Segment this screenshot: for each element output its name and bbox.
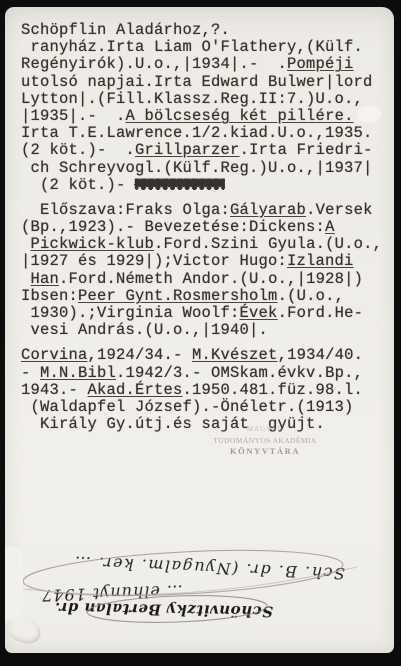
typed-line: Han.Ford.Németh Andor.(U.o.,|1928|) (21, 271, 382, 288)
typed-text (21, 270, 31, 288)
typed-line: |1927 és 1929|);Victor Hugo:Izlandi (21, 253, 382, 270)
typed-text: 1930).;Virginia Woolf: (21, 304, 240, 322)
typed-text: Ibsen: (21, 287, 78, 305)
typed-text: Lytton|.(Fill.Klassz.Reg.II:7.)U.o., (21, 90, 363, 108)
typed-text: .(U.o., (278, 287, 345, 305)
typed-text: ,1934/40. (278, 346, 364, 364)
typed-text: (Waldapfel József).-Önéletr.(1913) (21, 398, 354, 416)
typed-text: |1935|.- . (21, 107, 126, 125)
typed-line: Ibsen:Peer Gynt.Rosmersholm.(U.o., (21, 288, 382, 305)
typed-line: 1930).;Virginia Woolf:Évek.Ford.He- (21, 305, 382, 322)
stamp-line: KÖNYVTÁRA (205, 446, 325, 457)
underlined-title: M.Kvészet (192, 346, 278, 364)
typed-text-block: Schöpflin Aladárhoz,?. ranyház.Irta Liam… (21, 22, 382, 433)
typed-line: (Bp.,1923).- Bevezetése:Dickens:A (21, 219, 382, 236)
typed-line: (2 köt.)- MMMMMMMMMMMM (21, 177, 382, 194)
typed-text: |1927 és 1929|);Victor Hugo: (21, 252, 287, 270)
typed-line: ch Schreyvogl.(Külf.Reg.)U.o.,|1937| (21, 160, 382, 177)
underlined-title: A bölcseség két pillére. (126, 107, 354, 125)
typed-line: utolsó napjai.Irta Edward Bulwer|lord (21, 74, 382, 91)
typed-line: Király Gy.útj.és saját gyüjt. (21, 416, 382, 433)
scanned-catalog-card-photo: { "card": { "top_edge_fragment": "˙¨ ˙ ˙… (0, 0, 401, 666)
card-corner-flake (8, 615, 44, 647)
typed-text: Irta T.E.Lawrence.1/2.kiad.U.o.,1935. (21, 124, 373, 142)
underlined-title: Pompéji (287, 55, 354, 73)
typed-line: Schöpflin Aladárhoz,?. (21, 22, 382, 39)
typed-line: - M.N.Bibl.1942/3.- OMSkam.évkv.Bp., (21, 365, 382, 382)
typed-text: - (21, 364, 40, 382)
typed-strikeout: MMMMMMMMMMMM (135, 176, 223, 194)
typed-text: .Irta Friedri- (240, 141, 373, 159)
typed-line: Pickwick-klub.Ford.Szini Gyula.(U.o., (21, 236, 382, 253)
typed-text: .Ford.Németh Andor.(U.o.,|1928|) (59, 270, 363, 288)
typed-text: .1942/3.- OMSkam.évkv.Bp., (116, 364, 363, 382)
underlined-title: Gályarab (230, 201, 306, 219)
catalog-card: ˙¨ ˙ ˙˙ ¨ ˙ ˙˙˙ ˙ ¨˙ ˙ ˙˙ ¨ ˙ ˙˙ ˙ Schöp… (5, 7, 394, 653)
stamp-line: TUDOMÁNYOS AKADÉMIA (205, 435, 325, 446)
underlined-title: Akad.Értes (88, 381, 183, 399)
typed-line: (Waldapfel József).-Önéletr.(1913) (21, 399, 382, 416)
typed-text: ch Schreyvogl.(Külf.Reg.)U.o.,|1937| (21, 159, 373, 177)
typed-text: ranyház.Irta Liam O'Flathery,(Külf. (21, 38, 363, 56)
underlined-title: Han (31, 270, 60, 288)
typed-text: .Versek (306, 201, 373, 219)
underlined-title: Corvina (21, 346, 88, 364)
underlined-title: Izlandi (287, 252, 354, 270)
underlined-title: Grillparzer (135, 141, 240, 159)
library-stamp: MAGYARTUDOMÁNYOS AKADÉMIAKÖNYVTÁRA (205, 424, 325, 457)
typed-line: 1943.- Akad.Értes.1950.481.füz.98.l. (21, 382, 382, 399)
typed-line: ranyház.Irta Liam O'Flathery,(Külf. (21, 39, 382, 56)
handwritten-note-line-1: Sch. B. dr. (Nyugalm. ker. … (57, 552, 346, 584)
typed-text: ,1924/34.- (88, 346, 193, 364)
typed-line: (2 köt.)- .Grillparzer.Irta Friedri- (21, 142, 382, 159)
typed-line: Előszava:Fraks Olga:Gályarab.Versek (21, 202, 382, 219)
underlined-title: Évek (240, 304, 278, 322)
typed-text: (2 köt.)- (21, 176, 135, 194)
top-edge-fragment: ˙¨ ˙ ˙˙ ¨ ˙ ˙˙˙ ˙ ¨˙ ˙ ˙˙ ¨ ˙ ˙˙ ˙ (19, 7, 384, 12)
typed-line: Lytton|.(Fill.Klassz.Reg.II:7.)U.o., (21, 91, 382, 108)
typed-line: Irta T.E.Lawrence.1/2.kiad.U.o.,1935. (21, 125, 382, 142)
typed-line: Corvina,1924/34.- M.Kvészet,1934/40. (21, 347, 382, 364)
typed-text: utolsó napjai.Irta Edward Bulwer|lord (21, 73, 373, 91)
typed-line: |1935|.- .A bölcseség két pillére. (21, 108, 382, 125)
typed-line: vesi András.(U.o.,|1940|. (21, 322, 382, 339)
handwritten-signature: Schönvitzky Bertalan dr. (93, 599, 273, 620)
underlined-title: M.N.Bibl (40, 364, 116, 382)
typed-text: Előszava:Fraks Olga: (21, 201, 230, 219)
typed-text: 1943.- (21, 381, 88, 399)
typed-line: Regényirók).U.o.,|1934|.- .Pompéji (21, 56, 382, 73)
typed-text: Schöpflin Aladárhoz,?. (21, 21, 230, 39)
typed-text (21, 235, 31, 253)
typed-text: (2 köt.)- . (21, 141, 135, 159)
typed-text: .Ford.Szini Gyula.(U.o., (154, 235, 382, 253)
typed-text: Regényirók).U.o.,|1934|.- . (21, 55, 287, 73)
typed-text: (Bp.,1923).- Bevezetése:Dickens: (21, 218, 325, 236)
typed-text: vesi András.(U.o.,|1940|. (21, 321, 268, 339)
underlined-title: Peer Gynt.Rosmersholm (78, 287, 278, 305)
card-edge-wear (5, 547, 23, 621)
underlined-title: Pickwick-klub (31, 235, 155, 253)
correction-blot (357, 106, 381, 123)
typed-text: .1950.481.füz.98.l. (183, 381, 364, 399)
typed-text: .Ford.He- (278, 304, 364, 322)
stamp-line: MAGYAR (205, 424, 325, 435)
underlined-title: A (325, 218, 335, 236)
